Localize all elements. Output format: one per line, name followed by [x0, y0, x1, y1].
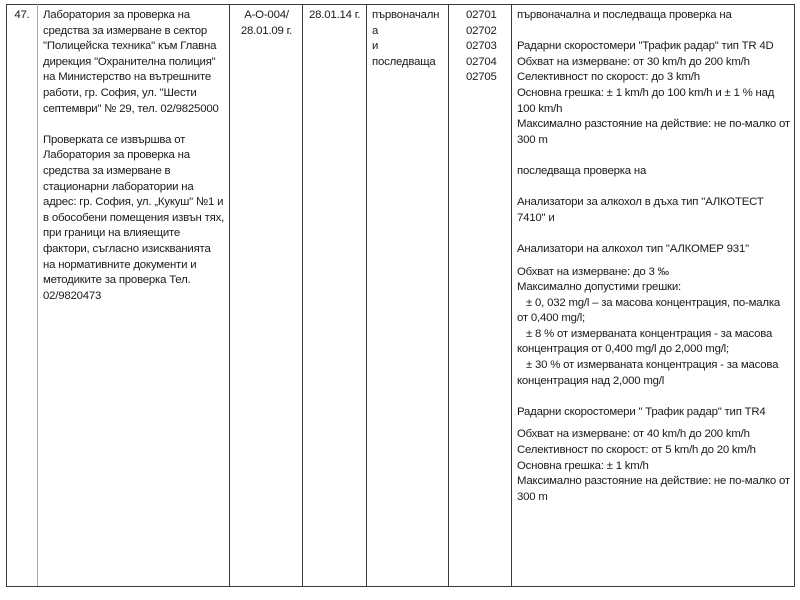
alcohol-error-3: ± 30 % от измерваната концентрация - за …: [517, 358, 791, 389]
code-item: 02705: [466, 70, 507, 86]
radar2-error: Основна грешка: ± 1 km/h: [517, 459, 791, 475]
radar1-selectivity: Селективност по скорост: до 3 km/h: [517, 70, 791, 86]
certificate-date: 28.01.09 г.: [235, 24, 298, 40]
alcohol-errors-title: Максимално допустими грешки:: [517, 280, 791, 296]
radar1-error: Основна грешка: ± 1 km/h до 100 km/h и ±…: [517, 86, 791, 117]
certificate-cell: А-О-004/ 28.01.09 г.: [230, 5, 303, 587]
code-item: 02703: [466, 39, 507, 55]
alcohol-error-2: ± 8 % от измерваната концентрация - за м…: [517, 327, 791, 358]
radar2-distance: Максимално разстояние на действие: не по…: [517, 474, 791, 505]
valid-until: 28.01.14 г.: [303, 5, 367, 587]
alcohol-error-1: ± 0, 032 mg/l – за масова концентрация, …: [517, 296, 791, 327]
verification-type-subsequent: и последваща: [372, 39, 444, 70]
radar1-range: Обхват на измерване: от 30 km/h до 200 k…: [517, 55, 791, 71]
scope-intro-initial: първоначална и последваща проверка на: [517, 8, 791, 24]
alcohol-range: Обхват на измерване: до 3 ‰: [517, 265, 791, 281]
radar1-distance: Максимално разстояние на действие: не по…: [517, 117, 791, 148]
organization-cell: Лаборатория за проверка на средства за и…: [38, 5, 230, 587]
radar2-range: Обхват на измерване: от 40 km/h до 200 k…: [517, 427, 791, 443]
radar1-title: Радарни скоростомери "Трафик радар" тип …: [517, 39, 791, 55]
verification-type-cell: първоначална и последваща: [367, 5, 449, 587]
verification-type-initial: първоначална: [372, 8, 444, 39]
radar2-selectivity: Селективност по скорост: от 5 km/h до 20…: [517, 443, 791, 459]
row-number: 47.: [7, 5, 38, 587]
alcotest-title: Анализатори за алкохол в дъха тип "АЛКОТ…: [517, 195, 791, 226]
verification-location: Проверката се извършва от Лаборатория за…: [43, 133, 225, 305]
code-item: 02704: [466, 55, 507, 71]
code-item: 02701: [466, 8, 507, 24]
radar2-title: Радарни скоростомери " Трафик радар" тип…: [517, 405, 791, 421]
code-item: 02702: [466, 24, 507, 40]
table-row: 47. Лаборатория за проверка на средства …: [7, 5, 795, 587]
scope-cell: първоначална и последваща проверка на Ра…: [512, 5, 795, 587]
alcomer-title: Анализатори на алкохол тип "АЛКОМЕР 931": [517, 242, 791, 258]
certificate-number: А-О-004/: [235, 8, 298, 24]
organization-address: Лаборатория за проверка на средства за и…: [43, 8, 225, 117]
codes-cell: 02701 02702 02703 02704 02705: [449, 5, 512, 587]
scope-intro-subsequent: последваща проверка на: [517, 164, 791, 180]
accreditation-table: 47. Лаборатория за проверка на средства …: [6, 4, 795, 587]
